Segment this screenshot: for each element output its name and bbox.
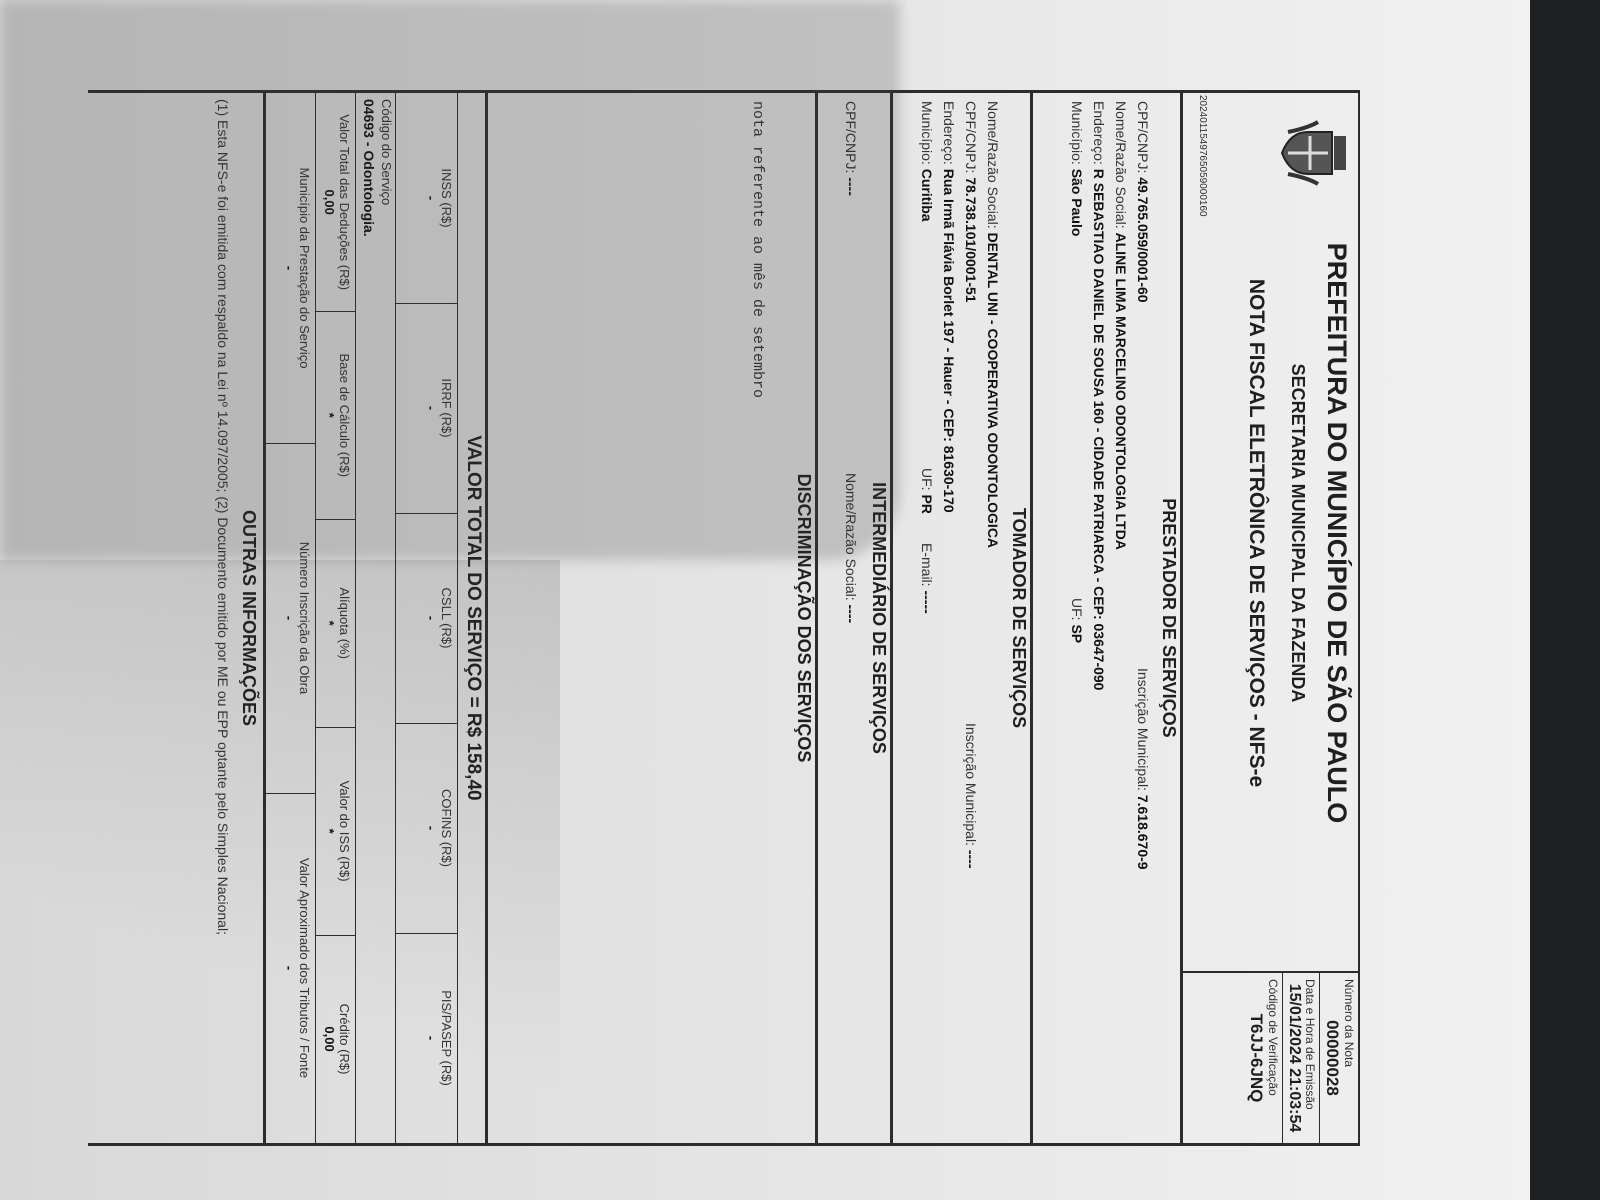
document-code-line: 2024011549765059000160 <box>1197 95 1208 217</box>
paper-sheet: PREFEITURA DO MUNICÍPIO DE SÃO PAULO SEC… <box>0 0 1530 1200</box>
obra-value: - <box>282 793 297 1143</box>
calculo-cell: Valor Total das Deduções (R$)0,00 <box>315 93 356 312</box>
obra-label: Município da Prestação do Serviço <box>297 93 316 443</box>
intermediario-nome: Nome/Razão Social: ---- <box>843 473 859 623</box>
obra-grid: Município da Prestação do Serviço-Número… <box>266 93 316 1143</box>
tributos-label: PIS/PASEP (R$) <box>439 933 458 1143</box>
tributos-cell: IRRF (R$)- <box>395 303 458 514</box>
discriminacao-title: DISCRIMINAÇÃO DOS SERVIÇOS <box>793 93 818 1143</box>
tributos-value: - <box>424 303 439 513</box>
tributos-cell: INSS (R$)- <box>395 93 458 304</box>
prestador-inscricao: Inscrição Municipal: 7.618.670-9 <box>1135 668 1151 870</box>
tributos-cell: CSLL (R$)- <box>395 513 458 724</box>
city-hall-title: PREFEITURA DO MUNICÍPIO DE SÃO PAULO <box>1321 93 1352 973</box>
tomador-title: TOMADOR DE SERVIÇOS <box>1008 93 1033 1143</box>
calculo-value: * <box>322 311 337 519</box>
calculo-cell: Valor do ISS (R$)* <box>315 727 356 936</box>
document-frame: PREFEITURA DO MUNICÍPIO DE SÃO PAULO SEC… <box>88 90 1360 1146</box>
tributos-value: - <box>424 513 439 723</box>
verification-code-value: T6JJ-6JNQ <box>1246 979 1266 1137</box>
tributos-label: COFINS (R$) <box>439 723 458 933</box>
prestador-endereco: Endereço: R SEBASTIAO DANIEL DE SOUSA 16… <box>1091 101 1107 690</box>
prestador-municipio: Município: São Paulo <box>1069 101 1085 236</box>
calculo-label: Crédito (R$) <box>337 935 356 1143</box>
emission-date-value: 15/01/2024 21:03:54 <box>1285 979 1303 1137</box>
calculo-value: * <box>322 519 337 727</box>
verification-code-label: Código de Verificação <box>1266 979 1280 1137</box>
tributos-cell: COFINS (R$)- <box>395 723 458 934</box>
prestador-section: PRESTADOR DE SERVIÇOS CPF/CNPJ: 49.765.0… <box>1030 93 1183 1143</box>
calculo-label: Valor Total das Deduções (R$) <box>337 93 356 311</box>
tributos-value: - <box>424 933 439 1143</box>
outras-section: OUTRAS INFORMAÇÕES <box>233 93 266 1143</box>
calculo-label: Valor do ISS (R$) <box>337 727 356 935</box>
obra-value: - <box>282 443 297 793</box>
note-number-label: Número da Nota <box>1342 979 1356 1137</box>
tributos-value: - <box>424 723 439 933</box>
codigo-servico-value: 04693 - Odontologia. <box>361 99 377 237</box>
emission-date-label: Data e Hora de Emissão <box>1303 979 1317 1137</box>
calculo-label: Base de Cálculo (R$) <box>337 311 356 519</box>
tributos-cell: PIS/PASEP (R$)- <box>395 933 458 1143</box>
tributos-grid: INSS (R$)-IRRF (R$)-CSLL (R$)-COFINS (R$… <box>396 93 458 1143</box>
codigo-servico-section: Código do Serviço 04693 - Odontologia. <box>355 93 396 1143</box>
calculo-value: * <box>322 727 337 935</box>
document-header: PREFEITURA DO MUNICÍPIO DE SÃO PAULO SEC… <box>1180 93 1358 1143</box>
intermediario-title: INTERMEDIÁRIO DE SERVIÇOS <box>868 93 893 1143</box>
prestador-cpf: CPF/CNPJ: 49.765.059/0001-60 <box>1135 101 1151 303</box>
calculo-value: 0,00 <box>322 935 337 1143</box>
calculo-cell: Crédito (R$)0,00 <box>315 935 356 1143</box>
discriminacao-text: nota referente ao mês de setembro <box>749 101 766 398</box>
calculo-cell: Alíquota (%)* <box>315 519 356 728</box>
tomador-nome: Nome/Razão Social: DENTAL UNI - COOPERAT… <box>985 101 1001 548</box>
note-number-cell: Número da Nota 00000028 <box>1319 973 1358 1143</box>
obra-cell: Número Inscrição da Obra- <box>265 443 316 794</box>
secretaria-title: SECRETARIA MUNICIPAL DA FAZENDA <box>1287 93 1308 973</box>
intermediario-cpf: CPF/CNPJ: ---- <box>843 101 859 196</box>
tomador-section: TOMADOR DE SERVIÇOS Nome/Razão Social: D… <box>890 93 1033 1143</box>
tributos-label: INSS (R$) <box>439 93 458 303</box>
emission-date-cell: Data e Hora de Emissão 15/01/2024 21:03:… <box>1282 973 1319 1143</box>
verification-code-cell: Código de Verificação T6JJ-6JNQ <box>1244 973 1282 1143</box>
outras-text: (1) Esta NFS-e foi emitida com respaldo … <box>214 99 232 1099</box>
obra-cell: Valor Aproximado dos Tributos / Fonte- <box>265 793 316 1143</box>
tomador-cpf: CPF/CNPJ: 78.738.101/0001-51 <box>963 101 979 303</box>
tomador-endereco: Endereço: Rua Irmã Flávia Borlet 197 - H… <box>941 101 957 513</box>
tomador-inscricao: Inscrição Municipal: ---- <box>963 723 979 868</box>
prestador-title: PRESTADOR DE SERVIÇOS <box>1158 93 1183 1143</box>
discriminacao-section: DISCRIMINAÇÃO DOS SERVIÇOS nota referent… <box>485 93 818 1143</box>
calculo-grid: Valor Total das Deduções (R$)0,00Base de… <box>316 93 356 1143</box>
note-number-value: 00000028 <box>1322 979 1342 1137</box>
prestador-nome: Nome/Razão Social: ALINE LIMA MARCELINO … <box>1113 101 1129 550</box>
tributos-value: - <box>424 93 439 303</box>
tomador-email: E-mail: ----- <box>919 543 935 614</box>
calculo-value: 0,00 <box>322 93 337 311</box>
nfse-document: PREFEITURA DO MUNICÍPIO DE SÃO PAULO SEC… <box>90 60 1360 1170</box>
prestador-uf: UF: SP <box>1069 598 1085 643</box>
obra-cell: Município da Prestação do Serviço- <box>265 93 316 444</box>
calculo-label: Alíquota (%) <box>337 519 356 727</box>
tributos-label: CSLL (R$) <box>439 513 458 723</box>
tomador-uf: UF: PR <box>919 468 935 514</box>
tributos-label: IRRF (R$) <box>439 303 458 513</box>
note-meta-box: Número da Nota 00000028 Data e Hora de E… <box>1183 971 1358 1143</box>
document-type-title: NOTA FISCAL ELETRÔNICA DE SERVIÇOS - NFS… <box>1244 93 1268 973</box>
calculo-cell: Base de Cálculo (R$)* <box>315 311 356 520</box>
intermediario-section: INTERMEDIÁRIO DE SERVIÇOS CPF/CNPJ: ----… <box>815 93 893 1143</box>
valor-total-title: VALOR TOTAL DO SERVIÇO = R$ 158,40 <box>462 93 488 1143</box>
obra-value: - <box>282 93 297 443</box>
codigo-servico-label: Código do Serviço <box>379 99 394 205</box>
tomador-municipio: Município: Curitiba <box>919 101 935 222</box>
obra-label: Número Inscrição da Obra <box>297 443 316 793</box>
valor-total-section: VALOR TOTAL DO SERVIÇO = R$ 158,40 <box>457 93 488 1143</box>
obra-label: Valor Aproximado dos Tributos / Fonte <box>297 793 316 1143</box>
outras-title: OUTRAS INFORMAÇÕES <box>238 93 263 1143</box>
